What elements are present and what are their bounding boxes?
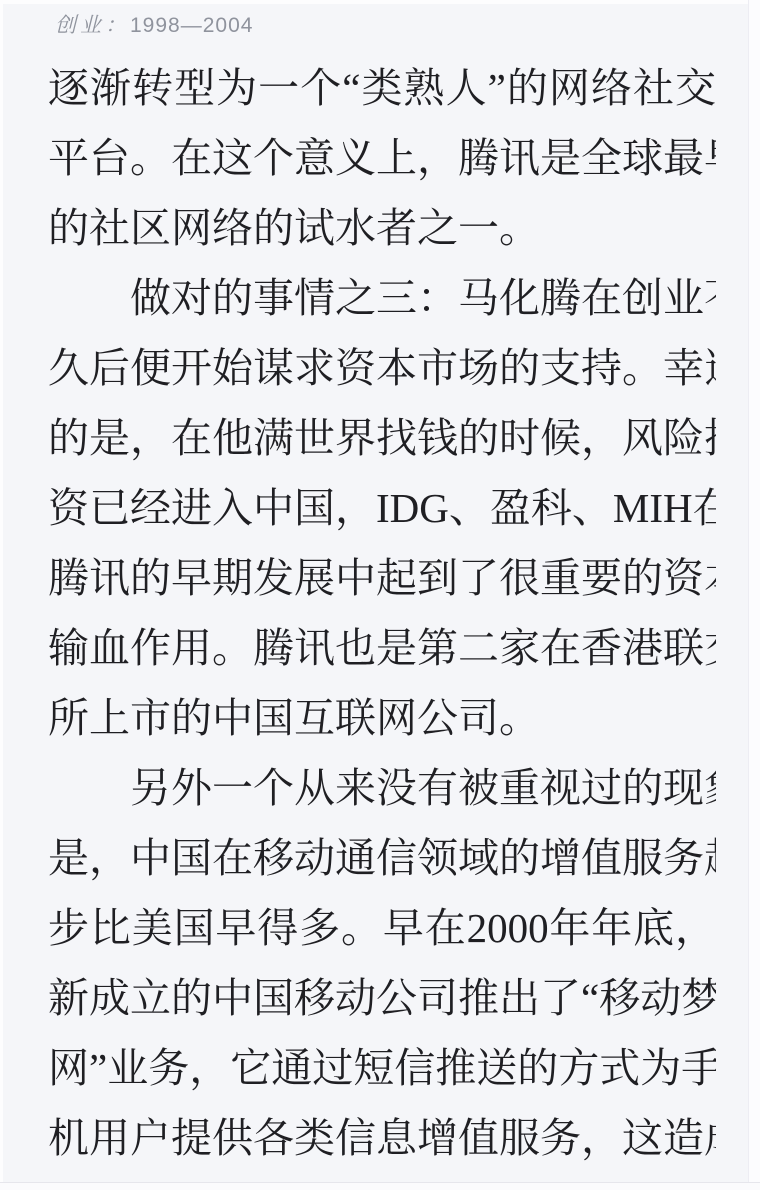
text-line: 的社区网络的试水者之一。 — [48, 193, 716, 263]
paragraph: 做对的事情之三：马化腾在创业不 久后便开始谋求资本市场的支持。幸运 的是，在他满… — [48, 263, 716, 753]
text-line: 的是，在他满世界找钱的时候，风险投 — [48, 403, 716, 473]
chapter-header: 创业：1998—2004 — [55, 10, 253, 41]
text-line: 做对的事情之三：马化腾在创业不 — [48, 263, 716, 333]
paragraph: 逐渐转型为一个“类熟人”的网络社交 平台。在这个意义上，腾讯是全球最早 的社区网… — [48, 53, 716, 263]
page-edge-top — [0, 0, 760, 4]
paragraph: 另外一个从来没有被重视过的现象 是，中国在移动通信领域的增值服务起 步比美国早得… — [48, 753, 716, 1173]
text-line: 新成立的中国移动公司推出了“移动梦 — [48, 963, 716, 1033]
text-line: 平台。在这个意义上，腾讯是全球最早 — [48, 123, 716, 193]
text-line: 网”业务，它通过短信推送的方式为手 — [48, 1033, 716, 1103]
text-line: 另外一个从来没有被重视过的现象 — [48, 753, 716, 823]
chapter-title: 创业： — [55, 13, 130, 37]
text-line: 是，中国在移动通信领域的增值服务起 — [48, 823, 716, 893]
page-edge-right — [748, 0, 760, 1190]
text-line: 输血作用。腾讯也是第二家在香港联交 — [48, 613, 716, 683]
book-text: 逐渐转型为一个“类熟人”的网络社交 平台。在这个意义上，腾讯是全球最早 的社区网… — [48, 53, 716, 1173]
text-line: 步比美国早得多。早在2000年年底， — [48, 893, 716, 963]
page-edge-left — [0, 0, 3, 1190]
text-line: 机用户提供各类信息增值服务，这造成 — [48, 1103, 716, 1173]
page-bottom-divider — [0, 1182, 760, 1190]
text-line: 腾讯的早期发展中起到了很重要的资本 — [48, 543, 716, 613]
chapter-year-range: 1998—2004 — [130, 14, 253, 37]
text-line: 资已经进入中国，IDG、盈科、MIH在 — [48, 473, 716, 543]
text-line: 逐渐转型为一个“类熟人”的网络社交 — [48, 53, 716, 123]
reader-page[interactable]: 创业：1998—2004 逐渐转型为一个“类熟人”的网络社交 平台。在这个意义上… — [0, 0, 760, 1190]
text-line: 所上市的中国互联网公司。 — [48, 683, 716, 753]
text-line: 久后便开始谋求资本市场的支持。幸运 — [48, 333, 716, 403]
